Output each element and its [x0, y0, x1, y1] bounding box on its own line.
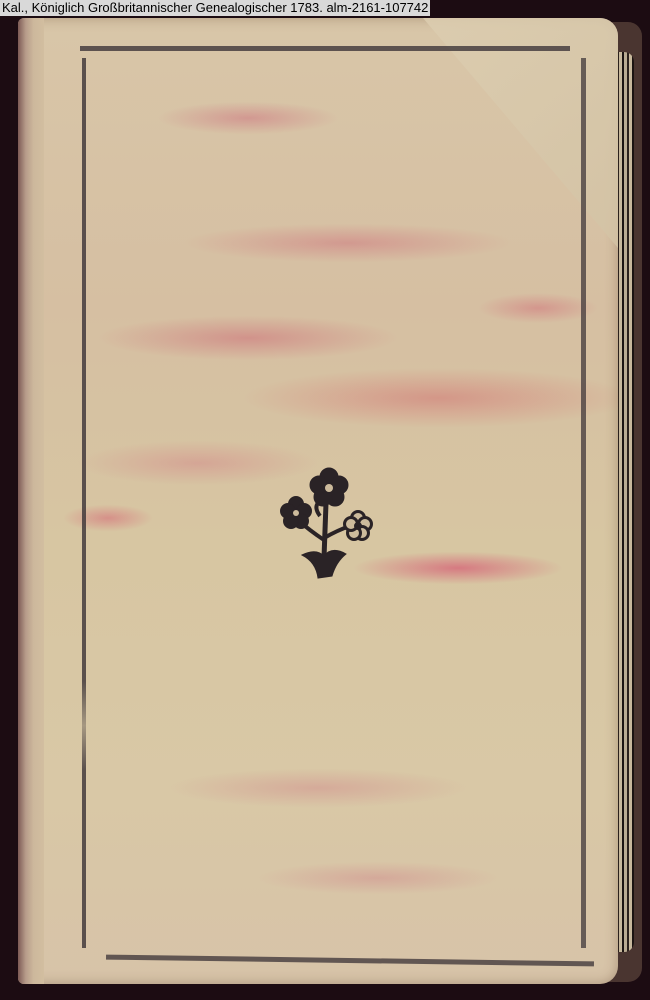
flower-icon — [274, 458, 374, 588]
folded-corner — [423, 18, 618, 248]
book-cover — [18, 18, 618, 984]
border-rule-left — [82, 58, 86, 948]
spine-edge — [18, 18, 44, 984]
border-rule-bottom — [106, 955, 594, 967]
border-rule-top — [80, 46, 570, 51]
book — [18, 18, 630, 990]
border-rule-right — [581, 58, 586, 948]
image-caption: Kal., Königlich Großbritannischer Geneal… — [0, 0, 430, 16]
